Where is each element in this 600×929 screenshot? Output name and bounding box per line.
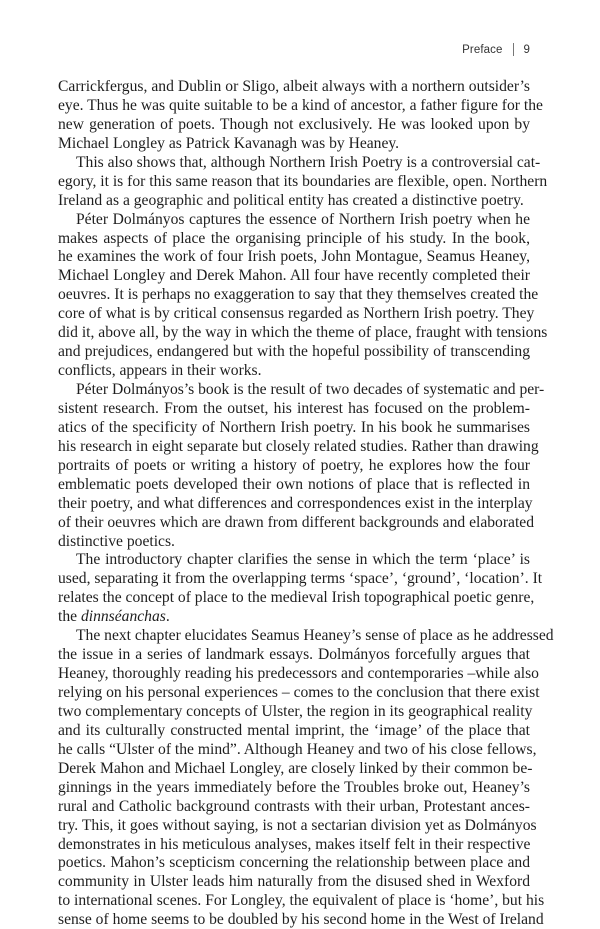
text-line: Carrickfergus, and Dublin or Sligo, albe… <box>58 78 530 97</box>
text-line: distinctive poetics. <box>58 533 530 552</box>
text-line: and its culturally constructed mental im… <box>58 722 530 741</box>
header-divider <box>513 43 514 56</box>
page-body: Carrickfergus, and Dublin or Sligo, albe… <box>58 78 530 929</box>
text-line: their poetry, and what differences and c… <box>58 495 530 514</box>
text-line: Derek Mahon and Michael Longley, are clo… <box>58 760 530 779</box>
paragraph: Carrickfergus, and Dublin or Sligo, albe… <box>58 78 530 154</box>
text-line: egory, it is for this same reason that i… <box>58 173 530 192</box>
text-line: ginnings in the years immediately before… <box>58 779 530 798</box>
text-line: to international scenes. For Longley, th… <box>58 892 530 911</box>
text-line: used, separating it from the overlapping… <box>58 570 530 589</box>
text-line: Heaney, thoroughly reading his predecess… <box>58 665 530 684</box>
text-line: sense of home seems to be doubled by his… <box>58 911 530 929</box>
text-line: demonstrates in his meticulous analyses,… <box>58 836 530 855</box>
text-line: conflicts, appears in their works. <box>58 362 530 381</box>
text-line: he examines the work of four Irish poets… <box>58 248 530 267</box>
text-line: of their oeuvres which are drawn from di… <box>58 514 530 533</box>
text-line: portraits of poets or writing a history … <box>58 457 530 476</box>
page-number: 9 <box>524 44 531 56</box>
text-fragment: . <box>166 608 170 625</box>
text-line: poetics. Mahon’s scepticism concerning t… <box>58 854 530 873</box>
text-line: relates the concept of place to the medi… <box>58 589 530 608</box>
paragraph: The introductory chapter clarifies the s… <box>58 551 530 627</box>
text-line: try. This, it goes without saying, is no… <box>58 817 530 836</box>
text-line: atics of the specificity of Northern Iri… <box>58 419 530 438</box>
text-line: he calls “Ulster of the mind”. Although … <box>58 741 530 760</box>
text-line: new generation of poets. Though not excl… <box>58 116 530 135</box>
text-line: core of what is by critical consensus re… <box>58 305 530 324</box>
paragraph: This also shows that, although Northern … <box>58 154 530 211</box>
text-line: the issue in a series of landmark essays… <box>58 646 530 665</box>
text-line: emblematic poets developed their own not… <box>58 476 530 495</box>
paragraph: Péter Dolmányos’s book is the result of … <box>58 381 530 551</box>
italic-term: dinnséanchas <box>81 608 166 625</box>
text-line: Michael Longley as Patrick Kavanagh was … <box>58 135 530 154</box>
text-line: Michael Longley and Derek Mahon. All fou… <box>58 267 530 286</box>
text-line: The next chapter elucidates Seamus Heane… <box>58 627 530 646</box>
text-line: and prejudices, endangered but with the … <box>58 343 530 362</box>
text-line: two complementary concepts of Ulster, th… <box>58 703 530 722</box>
text-fragment: the <box>58 608 81 625</box>
text-line: The introductory chapter clarifies the s… <box>58 551 530 570</box>
text-line: Péter Dolmányos captures the essence of … <box>58 211 530 230</box>
text-line: sistent research. From the outset, his i… <box>58 400 530 419</box>
text-line: rural and Catholic background contrasts … <box>58 798 530 817</box>
text-line: relying on his personal experiences – co… <box>58 684 530 703</box>
text-line: community in Ulster leads him naturally … <box>58 873 530 892</box>
running-header: Preface 9 <box>462 43 530 56</box>
paragraph: Péter Dolmányos captures the essence of … <box>58 211 530 381</box>
text-line: oeuvres. It is perhaps no exaggeration t… <box>58 286 530 305</box>
section-title: Preface <box>462 44 502 56</box>
text-line: Péter Dolmányos’s book is the result of … <box>58 381 530 400</box>
text-line: Ireland as a geographic and political en… <box>58 192 530 211</box>
text-line: makes aspects of place the organising pr… <box>58 230 530 249</box>
text-line: eye. Thus he was quite suitable to be a … <box>58 97 530 116</box>
text-line: did it, above all, by the way in which t… <box>58 324 530 343</box>
text-line: his research in eight separate but close… <box>58 438 530 457</box>
text-line: This also shows that, although Northern … <box>58 154 530 173</box>
text-line: the dinnséanchas. <box>58 608 530 627</box>
paragraph: The next chapter elucidates Seamus Heane… <box>58 627 530 929</box>
